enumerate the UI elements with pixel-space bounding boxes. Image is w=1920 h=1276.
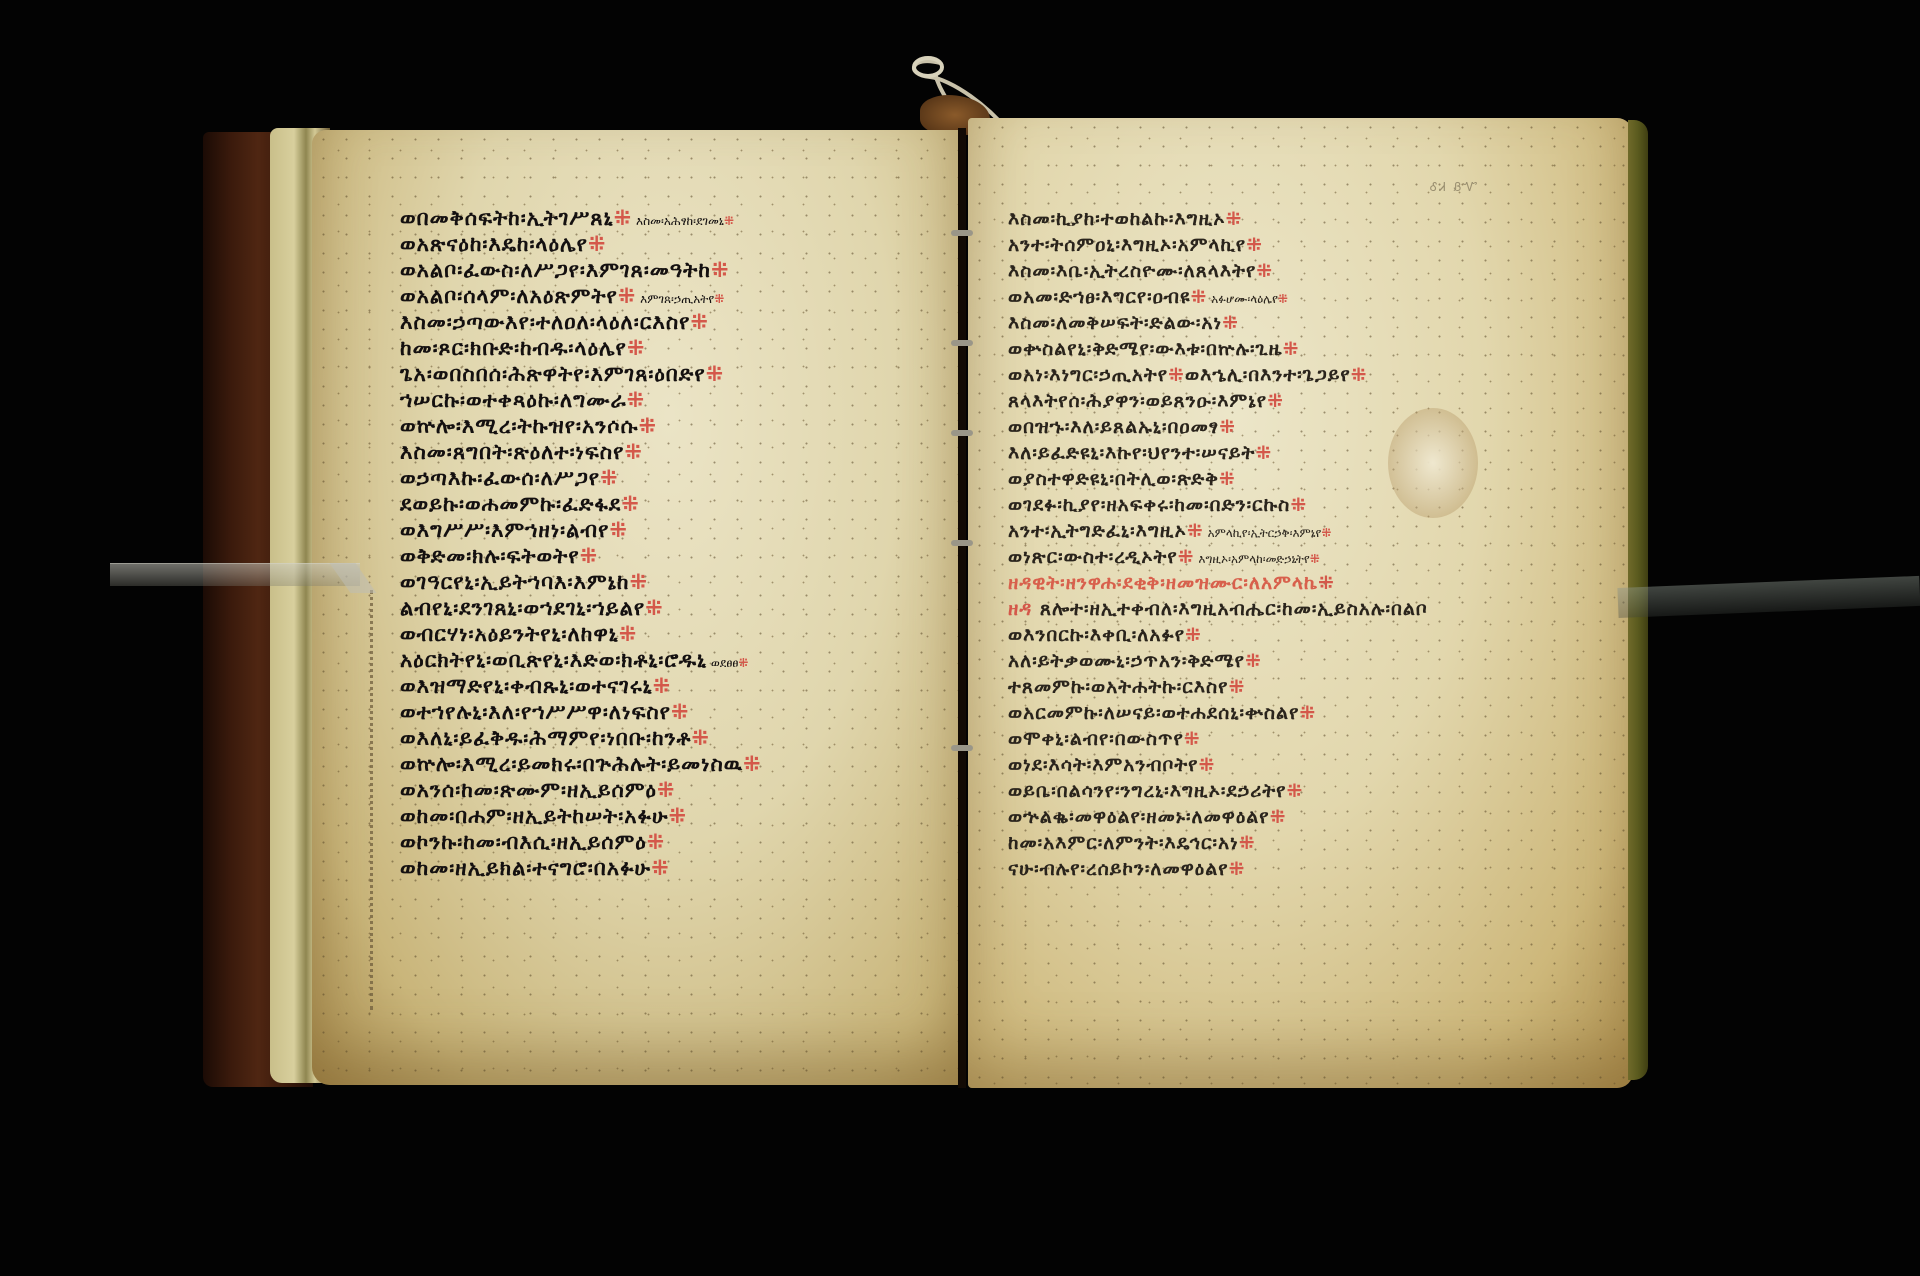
verse-divider-icon: ⁜ <box>621 492 640 516</box>
verse-divider-icon: ⁜ <box>711 258 730 282</box>
line-text: ጸሎተ፡ዘኢተቀብለ፡እግዚአብሔር፡ከመ፡ኢይስአሉ፡በልቦ <box>1040 598 1428 620</box>
verse-divider-icon: ⁜ <box>1246 234 1263 256</box>
verse-divider-icon: ⁜ <box>1219 416 1236 438</box>
verse-divider-icon: ⁜ <box>653 674 672 698</box>
manuscript-line: ጌአ፡ወበስበሰ፡ሕጽዋትየ፡እምገጸ፡ዕበድየ⁜ <box>400 361 762 387</box>
line-text: አንተ፡ኢትግድፈኒ፡እግዚኦ <box>1008 520 1187 542</box>
manuscript-line: ወእንበርኩ፡እቀቢ፡ለአፉየ⁜ <box>1008 622 1428 648</box>
verse-divider-icon: ⁜ <box>1310 552 1320 566</box>
folio-mark: ᎴᏗ ᏰᏉ <box>1430 180 1480 195</box>
line-text: ልብየኒ፡ደንገጸኒ፡ወኀደገኒ፡ኀይልየ <box>400 596 645 620</box>
line-text: ወተኀየሉኒ፡እለ፡የኀሥሥዋ፡ለነፍስየ <box>400 700 671 724</box>
line-text: ወአንሰ፡ከመ፡ጽሙም፡ዘኢይሰምዕ <box>400 778 657 802</box>
verse-divider-icon: ⁜ <box>600 466 619 490</box>
line-text: አለ፡ይትቃወሙኒ፡ኃጥአን፡ቅድሜየ <box>1008 650 1245 672</box>
line-text: ኀሠርኩ፡ወተቀጻዕኩ፡ለግሙራ <box>400 388 627 412</box>
verse-divider-icon: ⁜ <box>1184 728 1201 750</box>
line-text: እለ፡ይፈድዩኒ፡እኩየ፡ህየንተ፡ሠናይት <box>1008 442 1255 464</box>
verse-divider-icon: ⁜ <box>1178 546 1195 568</box>
verse-divider-icon: ⁜ <box>1239 832 1256 854</box>
verse-divider-icon: ⁜ <box>624 440 643 464</box>
manuscript-line: ወሞቀኒ፡ልብየ፡በውስጥየ⁜ <box>1008 726 1428 752</box>
verse-divider-icon: ⁜ <box>627 336 646 360</box>
prick-holes <box>370 590 377 1010</box>
manuscript-line: ወአንሰ፡ከመ፡ጽሙም፡ዘኢይሰምዕ⁜ <box>400 777 762 803</box>
line-text: እስመ፡ኪያከ፡ተወከልኩ፡እግዚኦ <box>1008 208 1226 230</box>
manuscript-line: ተጸመምኩ፡ወአትሐትኩ፡ርእስየ⁜ <box>1008 674 1428 700</box>
line-text: ወከመ፡ዘኢይክል፡ተናግሮ፡በአፉሁ <box>400 856 651 880</box>
verse-divider-icon: ⁜ <box>1222 312 1239 334</box>
manuscript-line: እስመ፡ጸግበት፡ጽዕለተ፡ነፍስየ⁜ <box>400 439 762 465</box>
interlinear-note: አፉሆሙ፡ላዕሌየ <box>1207 292 1278 306</box>
manuscript-line: ወአመ፡ድኀፀ፡እግርየ፡ዐብዩ⁜ አፉሆሙ፡ላዕሌየ⁜ <box>1008 284 1428 310</box>
verse-divider-icon: ⁜ <box>1255 442 1272 464</box>
verse-divider-icon: ⁜ <box>1299 702 1316 724</box>
interlinear-note: እምገጸ፡ኃጢአትየ <box>636 292 714 306</box>
verse-divider-icon: ⁜ <box>619 622 638 646</box>
verse-divider-icon: ⁜ <box>580 544 599 568</box>
manuscript-line: እስመ፡ኃጣውእየ፡ተለዐለ፡ላዕለ፡ርእስየ⁜ <box>400 309 762 335</box>
line-text: ወአርመምኩ፡ለሠናይ፡ወተሐደሰኒ፡ቍስልየ <box>1008 702 1299 724</box>
line-text: ወአመ፡ድኀፀ፡እግርየ፡ዐብዩ <box>1008 286 1191 308</box>
line-text: ወአልቦ፡ፈውስ፡ለሥጋየ፡እምገጸ፡መዓትከ <box>400 258 711 282</box>
manuscript-line: ወእለኒ፡ይፈቅዱ፡ሕማምየ፡ነበቡ፡ከንቶ⁜ <box>400 725 762 751</box>
manuscript-line: ወበመቅሰፍትከ፡ኢትገሥጸኒ⁜ እስመ፡አሕፃከ፡ደገመኒ⁜ <box>400 205 762 231</box>
verse-divider-icon: ⁜ <box>1245 650 1262 672</box>
manuscript-line: ዘዳዊት፡ዘንዋሐ፡ደቂቅ፡ዘመዝሙር፡ለአምላኬ⁜ <box>1008 570 1428 596</box>
verse-divider-icon: ⁜ <box>690 310 709 334</box>
line-text: ወኮንኩ፡ከመ፡ብእሲ፡ዘኢይሰምዕ <box>400 830 647 854</box>
line-text: ወእንበርኩ፡እቀቢ፡ለአፉየ <box>1008 624 1185 646</box>
verse-divider-icon: ⁜ <box>1229 858 1246 880</box>
verse-divider-icon: ⁜ <box>614 206 633 230</box>
manuscript-line: ጸላእትየሰ፡ሕያዋን፡ወይጸንዑ፡እምኔየ⁜ <box>1008 388 1428 414</box>
manuscript-line: ወገደፉ፡ኪያየ፡ዘአፍቀሩ፡ከመ፡በድን፡ርኩስ⁜ <box>1008 492 1428 518</box>
line-text: ናሁ፡ብሉየ፡ረሰይኮን፡ለመዋዕልየ <box>1008 858 1229 880</box>
line-text: ወሞቀኒ፡ልብየ፡በውስጥየ <box>1008 728 1184 750</box>
line-text: እስመ፡ለመቅሠፍት፡ድልው፡አነ <box>1008 312 1222 334</box>
line-text: ወኵሎ፡እሚረ፡ትኩዝየ፡አንሶሱ <box>400 414 638 438</box>
manuscript-line: ወቍስልየኒ፡ቅድሜየ፡ውእቱ፡በኵሉ፡ጊዜ⁜ <box>1008 336 1428 362</box>
verse-divider-icon: ⁜ <box>743 752 762 776</box>
line-text: ወይቤ፡በልሳንየ፡ንግረኒ፡እግዚኦ፡ደኃሪትየ <box>1008 780 1286 802</box>
line-text: እስመ፡እቤ፡ኢትረስዮሙ፡ለጸላእትየ <box>1008 260 1256 282</box>
left-page: ወበመቅሰፍትከ፡ኢትገሥጸኒ⁜ እስመ፡አሕፃከ፡ደገመኒ⁜ወአጽናዕከ፡እዴ… <box>312 130 962 1085</box>
manuscript-line: አዕርክትየኒ፡ወቢጽየኒ፡እድወ፡ክቶኒ፡ሮዱኒ ወደፀፀ⁜ <box>400 647 762 673</box>
verse-divider-icon: ⁜ <box>657 778 676 802</box>
manuscript-line: ልብየኒ፡ደንገጸኒ፡ወኀደገኒ፡ኀይልየ⁜ <box>400 595 762 621</box>
line-text: ወእግሥሥ፡እምኀዘነ፡ልብየ <box>400 518 609 542</box>
manuscript-line: ወአነ፡እነግር፡ኃጢአትየ⁜ወእኄሊ፡በእንተ፡ጌጋይየ⁜ <box>1008 362 1428 388</box>
sewing-stitch <box>951 540 973 546</box>
line-text: ከመ፡ጾር፡ክቡድ፡ከብዱ፡ላዕሌየ <box>400 336 627 360</box>
manuscript-line: አለ፡ይትቃወሙኒ፡ኃጥአን፡ቅድሜየ⁜ <box>1008 648 1428 674</box>
manuscript-line: አንተ፡ኢትግድፈኒ፡እግዚኦ⁜ አምላኪየ፡ኢትርኃቅ፡እምኔየ⁜ <box>1008 518 1428 544</box>
verse-divider-icon: ⁜ <box>1228 676 1245 698</box>
manuscript-line: ወእግሥሥ፡እምኀዘነ፡ልብየ⁜ <box>400 517 762 543</box>
manuscript-line: ወአልቦ፡ፈውስ፡ለሥጋየ፡እምገጸ፡መዓትከ⁜ <box>400 257 762 283</box>
line-text: ወገደፉ፡ኪያየ፡ዘአፍቀሩ፡ከመ፡በድን፡ርኩስ <box>1008 494 1290 516</box>
acrylic-clip-left <box>110 563 360 586</box>
verse-divider-icon: ⁜ <box>691 726 710 750</box>
manuscript-line: ወከመ፡ዘኢይክል፡ተናግሮ፡በአፉሁ⁜ <box>400 855 762 881</box>
verse-divider-icon: ⁜ <box>706 362 725 386</box>
manuscript-line: ወኵሎ፡እሚረ፡ትኩዝየ፡አንሶሱ⁜ <box>400 413 762 439</box>
verse-divider-icon: ⁜ <box>1256 260 1273 282</box>
verse-divider-icon: ⁜ <box>1318 572 1335 594</box>
manuscript-line: ወኵሎ፡እሚረ፡ይመክሩ፡በጕሕሉት፡ይመነስዉ⁜ <box>400 751 762 777</box>
right-page-text: እስመ፡ኪያከ፡ተወከልኩ፡እግዚኦ⁜አንተ፡ትሰምዐኒ፡እግዚኦ፡አምላኪየ⁜… <box>1008 206 1428 882</box>
line-text: ዘዳዊት፡ዘንዋሐ፡ደቂቅ፡ዘመዝሙር፡ለአምላኬ <box>1008 572 1318 594</box>
verse-divider-icon: ⁜ <box>1185 624 1202 646</box>
line-text: ወእዝማድየኒ፡ቀብጹኒ፡ወተናገሩኒ <box>400 674 653 698</box>
line-text: እስመ፡ኃጣውእየ፡ተለዐለ፡ላዕለ፡ርእስየ <box>400 310 690 334</box>
line-text: ወከመ፡በሐም፡ዘኢይትከሠት፡አፉሁ <box>400 804 668 828</box>
verse-divider-icon: ⁜ <box>668 804 687 828</box>
manuscript-line: ወኮንኩ፡ከመ፡ብእሲ፡ዘኢይሰምዕ⁜ <box>400 829 762 855</box>
manuscript-line: ወእዝማድየኒ፡ቀብጹኒ፡ወተናገሩኒ⁜ <box>400 673 762 699</box>
verse-divider-icon: ⁜ <box>1267 390 1284 412</box>
verse-divider-icon: ⁜ <box>714 292 724 306</box>
line-text: ወብርሃነ፡አዕይንትየኒ፡ለከዋኒ <box>400 622 619 646</box>
verse-divider-icon: ⁜ <box>724 214 734 228</box>
manuscript-line: ወአልቦ፡ሰላም፡ለአዕጽምትየ⁜ እምገጸ፡ኃጢአትየ⁜ <box>400 283 762 309</box>
line-text: ወአልቦ፡ሰላም፡ለአዕጽምትየ <box>400 284 618 308</box>
line-text: ወያስተዋድዩኒ፡በትሊወ፡ጽድቅ <box>1008 468 1219 490</box>
manuscript-line: እስመ፡ለመቅሠፍት፡ድልው፡አነ⁜ <box>1008 310 1428 336</box>
verse-divider-icon: ⁜ <box>1286 780 1303 802</box>
line-text: ወአጽናዕከ፡እዴከ፡ላዕሌየ <box>400 232 588 256</box>
manuscript-line: ወገዓርየኒ፡ኢይትኀባእ፡እምኔከ⁜ <box>400 569 762 595</box>
manuscript-line: ወነጽር፡ውስተ፡ረዲኦትየ⁜ እግዚኦ፡አምላከ፡መድኃኒትየ⁜ <box>1008 544 1428 570</box>
verse-divider-icon: ⁜ <box>671 700 690 724</box>
verse-divider-icon: ⁜ <box>1226 208 1243 230</box>
line-text: ወበመቅሰፍትከ፡ኢትገሥጸኒ <box>400 206 614 230</box>
manuscript-line: ከመ፡ጾር፡ክቡድ፡ከብዱ፡ላዕሌየ⁜ <box>400 335 762 361</box>
rubric-prefix: ዘዳ <box>1008 598 1040 620</box>
gutter <box>958 128 966 1088</box>
verse-divider-icon: ⁜ <box>1198 754 1215 776</box>
interlinear-note: ወደፀፀ <box>707 656 738 670</box>
verse-divider-icon: ⁜ <box>1187 520 1204 542</box>
line-text: ጸላእትየሰ፡ሕያዋን፡ወይጸንዑ፡እምኔየ <box>1008 390 1267 412</box>
manuscript-line: ናሁ፡ብሉየ፡ረሰይኮን፡ለመዋዕልየ⁜ <box>1008 856 1428 882</box>
manuscript-line: ወአጽናዕከ፡እዴከ፡ላዕሌየ⁜ <box>400 231 762 257</box>
manuscript-line: እለ፡ይፈድዩኒ፡እኩየ፡ህየንተ፡ሠናይት⁜ <box>1008 440 1428 466</box>
manuscript-line: እስመ፡እቤ፡ኢትረስዮሙ፡ለጸላእትየ⁜ <box>1008 258 1428 284</box>
verse-divider-icon: ⁜ <box>1191 286 1208 308</box>
verse-divider-icon: ⁜ <box>1290 494 1307 516</box>
verse-divider-icon: ⁜ <box>1283 338 1300 360</box>
verse-divider-icon: ⁜ <box>738 656 748 670</box>
verse-divider-icon: ⁜ <box>1321 526 1331 540</box>
manuscript-line: እስመ፡ኪያከ፡ተወከልኩ፡እግዚኦ⁜ <box>1008 206 1428 232</box>
verse-divider-icon: ⁜ <box>618 284 637 308</box>
verse-divider-icon: ⁜ <box>1168 364 1185 386</box>
manuscript-line: ወበዝኁ፡እለ፡ይጸልኡኒ፡በዐመፃ⁜ <box>1008 414 1428 440</box>
verse-divider-icon: ⁜ <box>1278 292 1288 306</box>
manuscript-line: ኀሠርኩ፡ወተቀጻዕኩ፡ለግሙራ⁜ <box>400 387 762 413</box>
line-text: ጌአ፡ወበስበሰ፡ሕጽዋትየ፡እምገጸ፡ዕበድየ <box>400 362 706 386</box>
manuscript-line: ዘዳ ጸሎተ፡ዘኢተቀብለ፡እግዚአብሔር፡ከመ፡ኢይስአሉ፡በልቦ <box>1008 596 1428 622</box>
line-text: ወቅድመ፡ክሉ፡ፍትወትየ <box>400 544 580 568</box>
line-continuation: ወእኄሊ፡በእንተ፡ጌጋይየ <box>1185 364 1351 386</box>
sewing-stitch <box>951 230 973 236</box>
verse-divider-icon: ⁜ <box>1270 806 1287 828</box>
verse-divider-icon: ⁜ <box>645 596 664 620</box>
verse-divider-icon: ⁜ <box>638 414 657 438</box>
verse-divider-icon: ⁜ <box>629 570 648 594</box>
line-text: ወገዓርየኒ፡ኢይትኀባእ፡እምኔከ <box>400 570 629 594</box>
line-text: አንተ፡ትሰምዐኒ፡እግዚኦ፡አምላኪየ <box>1008 234 1246 256</box>
manuscript-line: ወተኀየሉኒ፡እለ፡የኀሥሥዋ፡ለነፍስየ⁜ <box>400 699 762 725</box>
manuscript-line: ወይቤ፡በልሳንየ፡ንግረኒ፡እግዚኦ፡ደኃሪትየ⁜ <box>1008 778 1428 804</box>
manuscript-line: ደወይኩ፡ወሐመምኩ፡ፈድፋደ⁜ <box>400 491 762 517</box>
line-text: ወነደ፡እሳት፡እምአንብቦትየ <box>1008 754 1198 776</box>
right-page: እስመ፡ኪያከ፡ተወከልኩ፡እግዚኦ⁜አንተ፡ትሰምዐኒ፡እግዚኦ፡አምላኪየ⁜… <box>968 118 1633 1088</box>
left-page-text: ወበመቅሰፍትከ፡ኢትገሥጸኒ⁜ እስመ፡አሕፃከ፡ደገመኒ⁜ወአጽናዕከ፡እዴ… <box>400 205 762 881</box>
line-text: አዕርክትየኒ፡ወቢጽየኒ፡እድወ፡ክቶኒ፡ሮዱኒ <box>400 648 707 672</box>
manuscript-line: ወያስተዋድዩኒ፡በትሊወ፡ጽድቅ⁜ <box>1008 466 1428 492</box>
sewing-stitch <box>951 340 973 346</box>
verse-divider-icon: ⁜ <box>609 518 628 542</box>
line-text: ወአነ፡እነግር፡ኃጢአትየ <box>1008 364 1168 386</box>
manuscript-line: ወአርመምኩ፡ለሠናይ፡ወተሐደሰኒ፡ቍስልየ⁜ <box>1008 700 1428 726</box>
manuscript-line: ወቅድመ፡ክሉ፡ፍትወትየ⁜ <box>400 543 762 569</box>
line-text: ከመ፡አእምር፡ለምንት፡እዴኅር፡አነ <box>1008 832 1239 854</box>
line-text: ወኵሎ፡እሚረ፡ይመክሩ፡በጕሕሉት፡ይመነስዉ <box>400 752 743 776</box>
sewing-stitch <box>951 745 973 751</box>
manuscript-line: ወብርሃነ፡አዕይንትየኒ፡ለከዋኒ⁜ <box>400 621 762 647</box>
line-text: ወኍልቈ፡መዋዕልየ፡ዘመኑ፡ለመዋዕልየ <box>1008 806 1270 828</box>
manuscript-line: ወነደ፡እሳት፡እምአንብቦትየ⁜ <box>1008 752 1428 778</box>
line-text: ወእለኒ፡ይፈቅዱ፡ሕማምየ፡ነበቡ፡ከንቶ <box>400 726 691 750</box>
verse-divider-icon: ⁜ <box>627 388 646 412</box>
manuscript-line: ወኃጣእኩ፡ፈውሰ፡ለሥጋየ⁜ <box>400 465 762 491</box>
line-text: ወኃጣእኩ፡ፈውሰ፡ለሥጋየ <box>400 466 600 490</box>
verse-divider-icon: ⁜ <box>1351 364 1368 386</box>
sewing-stitch <box>951 430 973 436</box>
verse-divider-icon: ⁜ <box>651 856 670 880</box>
verse-divider-icon: ⁜ <box>588 232 607 256</box>
interlinear-note: አምላኪየ፡ኢትርኃቅ፡እምኔየ <box>1204 526 1322 540</box>
interlinear-note: እስመ፡አሕፃከ፡ደገመኒ <box>632 214 724 228</box>
manuscript-line: ወከመ፡በሐም፡ዘኢይትከሠት፡አፉሁ⁜ <box>400 803 762 829</box>
line-text: ወቍስልየኒ፡ቅድሜየ፡ውእቱ፡በኵሉ፡ጊዜ <box>1008 338 1283 360</box>
line-text: ወነጽር፡ውስተ፡ረዲኦትየ <box>1008 546 1178 568</box>
verse-divider-icon: ⁜ <box>647 830 666 854</box>
manuscript-line: ወኍልቈ፡መዋዕልየ፡ዘመኑ፡ለመዋዕልየ⁜ <box>1008 804 1428 830</box>
line-text: ደወይኩ፡ወሐመምኩ፡ፈድፋደ <box>400 492 621 516</box>
verse-divider-icon: ⁜ <box>1219 468 1236 490</box>
manuscript-line: ከመ፡አእምር፡ለምንት፡እዴኅር፡አነ⁜ <box>1008 830 1428 856</box>
manuscript-line: አንተ፡ትሰምዐኒ፡እግዚኦ፡አምላኪየ⁜ <box>1008 232 1428 258</box>
line-text: እስመ፡ጸግበት፡ጽዕለተ፡ነፍስየ <box>400 440 624 464</box>
line-text: ተጸመምኩ፡ወአትሐትኩ፡ርእስየ <box>1008 676 1228 698</box>
line-text: ወበዝኁ፡እለ፡ይጸልኡኒ፡በዐመፃ <box>1008 416 1219 438</box>
interlinear-note: እግዚኦ፡አምላከ፡መድኃኒትየ <box>1195 552 1310 566</box>
